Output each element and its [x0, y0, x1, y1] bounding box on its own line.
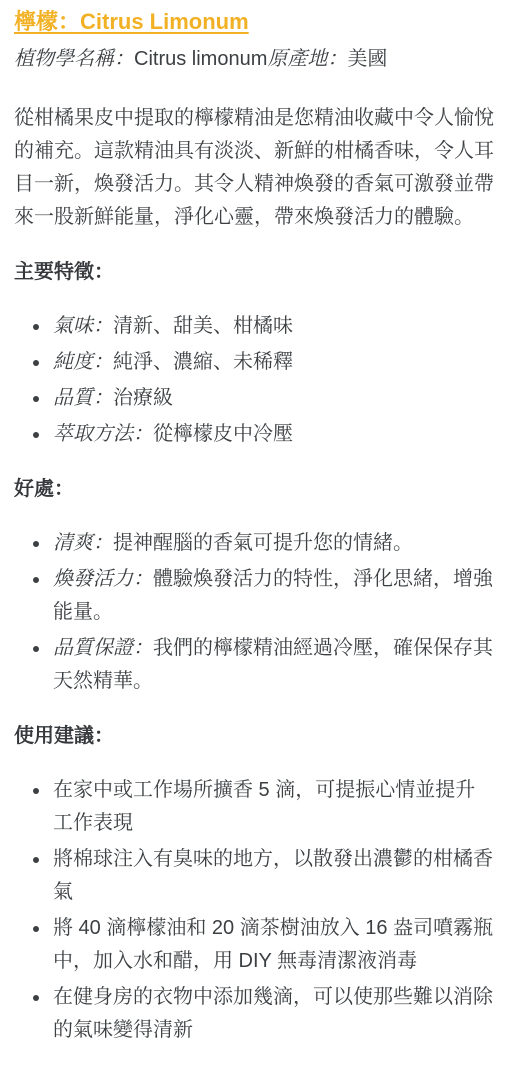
item-label: 品質保證：	[53, 637, 153, 659]
list-item: 品質保證：我們的檸檬精油經過冷壓，確保保存其天然精華。	[51, 632, 495, 698]
list-item: 在健身房的衣物中添加幾滴，可以使那些難以消除的氣味變得清新	[51, 981, 495, 1047]
item-label: 純度：	[53, 351, 113, 373]
item-label: 煥發活力：	[53, 568, 153, 590]
botanical-info-line: 植物學名稱：Citrus limonum原產地：美國	[14, 43, 495, 76]
item-text: 從檸檬皮中冷壓	[153, 423, 293, 445]
item-text: 將棉球注入有臭味的地方，以散發出濃鬱的柑橘香氣	[53, 848, 493, 903]
list-item: 將 40 滴檸檬油和 20 滴茶樹油放入 16 盎司噴霧瓶中，加入水和醋，用 D…	[51, 912, 495, 978]
bullet-list: 氣味：清新、甜美、柑橘味純度：純淨、濃縮、未稀釋品質：治療級萃取方法：從檸檬皮中…	[14, 310, 495, 451]
bullet-list: 清爽：提神醒腦的香氣可提升您的情緒。煥發活力：體驗煥發活力的特性，淨化思緒，增強…	[14, 527, 495, 698]
page-title: 檸檬：Citrus Limonum	[14, 8, 495, 37]
item-label: 氣味：	[53, 315, 113, 337]
origin-label: 原產地：	[267, 48, 347, 70]
list-item: 純度：純淨、濃縮、未稀釋	[51, 346, 495, 379]
item-text: 在健身房的衣物中添加幾滴，可以使那些難以消除的氣味變得清新	[53, 986, 493, 1041]
botanical-name-label: 植物學名稱：	[14, 48, 134, 70]
item-label: 清爽：	[53, 532, 113, 554]
item-text: 清新、甜美、柑橘味	[113, 315, 293, 337]
section-heading: 主要特徵：	[14, 258, 495, 286]
item-text: 治療級	[113, 387, 173, 409]
item-label: 品質：	[53, 387, 113, 409]
section-heading: 好處：	[14, 475, 495, 503]
list-item: 煥發活力：體驗煥發活力的特性，淨化思緒，增強能量。	[51, 563, 495, 629]
sections-container: 主要特徵：氣味：清新、甜美、柑橘味純度：純淨、濃縮、未稀釋品質：治療級萃取方法：…	[14, 258, 495, 1047]
product-title-link[interactable]: 檸檬：Citrus Limonum	[14, 9, 249, 34]
list-item: 將棉球注入有臭味的地方，以散發出濃鬱的柑橘香氣	[51, 843, 495, 909]
botanical-name-value: Citrus limonum	[134, 48, 267, 70]
item-label: 萃取方法：	[53, 423, 153, 445]
item-text: 在家中或工作場所擴香 5 滴，可提振心情並提升工作表現	[53, 779, 475, 834]
item-text: 將 40 滴檸檬油和 20 滴茶樹油放入 16 盎司噴霧瓶中，加入水和醋，用 D…	[53, 917, 493, 972]
section-heading: 使用建議：	[14, 722, 495, 750]
product-description-document: 檸檬：Citrus Limonum 植物學名稱：Citrus limonum原產…	[0, 0, 511, 1083]
intro-paragraph: 從柑橘果皮中提取的檸檬精油是您精油收藏中令人愉悅的補充。這款精油具有淡淡、新鮮的…	[14, 102, 495, 234]
list-item: 氣味：清新、甜美、柑橘味	[51, 310, 495, 343]
list-item: 品質：治療級	[51, 382, 495, 415]
item-text: 提神醒腦的香氣可提升您的情緒。	[113, 532, 413, 554]
item-text: 純淨、濃縮、未稀釋	[113, 351, 293, 373]
list-item: 在家中或工作場所擴香 5 滴，可提振心情並提升工作表現	[51, 774, 495, 840]
list-item: 萃取方法：從檸檬皮中冷壓	[51, 418, 495, 451]
origin-value: 美國	[347, 48, 387, 70]
bullet-list: 在家中或工作場所擴香 5 滴，可提振心情並提升工作表現將棉球注入有臭味的地方，以…	[14, 774, 495, 1047]
list-item: 清爽：提神醒腦的香氣可提升您的情緒。	[51, 527, 495, 560]
